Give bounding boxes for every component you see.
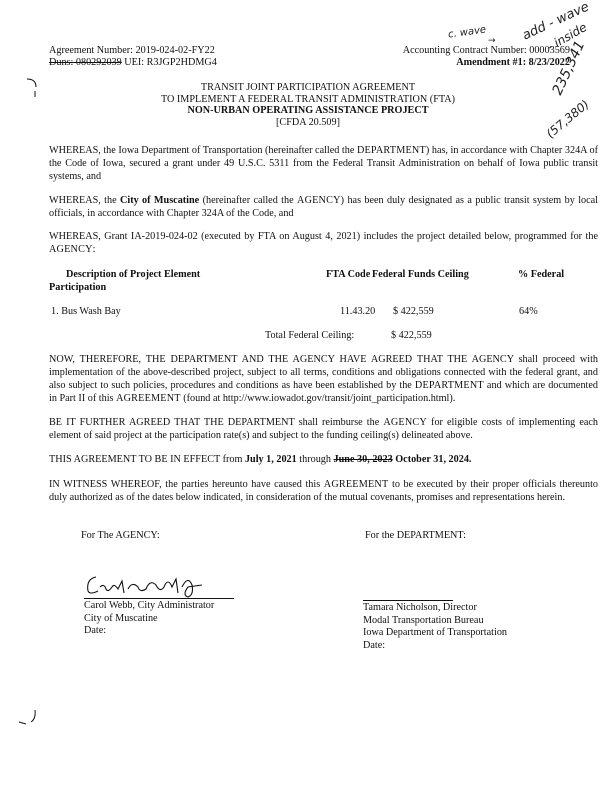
start-date: July 1, 2021 bbox=[245, 454, 297, 465]
col-header-ceiling: Federal Funds Ceiling bbox=[372, 268, 469, 281]
agency-signatory-name: Carol Webb, City Administrator bbox=[84, 600, 214, 613]
whereas-agency: WHEREAS, the City of Muscatine (hereinaf… bbox=[49, 194, 598, 220]
agency-term: AGENCY bbox=[383, 417, 427, 428]
agency-term: AGENCY bbox=[49, 244, 93, 255]
department-signatory-block: Tamara Nicholson, Director Modal Transpo… bbox=[363, 602, 507, 652]
duns-struck: Duns: 080292039 bbox=[49, 57, 122, 68]
department-term: DEPARTMENT bbox=[357, 145, 426, 156]
agreement-term: AGREEMENT bbox=[324, 479, 389, 490]
new-end-date: October 31, 2024. bbox=[393, 454, 472, 465]
department-date: Date: bbox=[363, 640, 507, 653]
uei: UEI: R3JGP2HDMG4 bbox=[122, 57, 217, 68]
for-agency-label: For The AGENCY: bbox=[81, 530, 160, 541]
agency-signature-line bbox=[84, 597, 234, 599]
text: , the parties hereunto have caused this bbox=[159, 479, 324, 490]
arrow-icon: → bbox=[488, 36, 496, 46]
agency-name: City of Muscatine bbox=[120, 195, 199, 206]
text: WHEREAS, Grant IA-2019-024-02 (executed … bbox=[49, 231, 598, 242]
header-left: Agreement Number: 2019-024-02-FY22 Duns:… bbox=[49, 45, 217, 69]
department-org: Iowa Department of Transportation bbox=[363, 627, 507, 640]
text: IN WITNESS WHEREOF bbox=[49, 479, 159, 490]
now-therefore-paragraph: NOW, THEREFORE, THE DEPARTMENT AND THE A… bbox=[49, 353, 598, 405]
text: (hereinafter called the bbox=[199, 195, 297, 206]
cell-description: 1. Bus Wash Bay bbox=[51, 306, 121, 317]
text: BE IT FURTHER AGREED THAT THE DEPARTMENT bbox=[49, 417, 295, 428]
col-header-fta-code: FTA Code bbox=[326, 268, 370, 281]
further-agreed-paragraph: BE IT FURTHER AGREED THAT THE DEPARTMENT… bbox=[49, 416, 598, 442]
handwritten-note-1: c. wave bbox=[447, 24, 486, 40]
agreement-number: Agreement Number: 2019-024-02-FY22 bbox=[49, 45, 217, 57]
whereas-grant: WHEREAS, Grant IA-2019-024-02 (executed … bbox=[49, 230, 598, 256]
text: WHEREAS, the bbox=[49, 195, 120, 206]
agency-term: AGENCY bbox=[297, 195, 341, 206]
cell-fta-code: 11.43.20 bbox=[340, 306, 375, 317]
struck-end-date: June 30, 2023 bbox=[334, 454, 393, 465]
amendment: Amendment #1: 8/23/2022 bbox=[403, 57, 570, 69]
cell-percent: 64% bbox=[519, 306, 538, 317]
text: : bbox=[93, 244, 96, 255]
title-line-3: NON-URBAN OPERATING ASSISTANCE PROJECT bbox=[0, 105, 616, 117]
witness-paragraph: IN WITNESS WHEREOF, the parties hereunto… bbox=[49, 478, 598, 504]
text: (found at http://www.iowadot.gov/transit… bbox=[181, 393, 456, 404]
document-title: TRANSIT JOINT PARTICIPATION AGREEMENT TO… bbox=[0, 82, 616, 128]
header-right: Accounting Contract Number: 00003569 Ame… bbox=[403, 45, 570, 69]
text: NOW, THEREFORE, THE DEPARTMENT AND THE A… bbox=[49, 354, 514, 365]
text: through bbox=[297, 454, 334, 465]
total-label: Total Federal Ceiling: bbox=[265, 330, 354, 341]
duns-uei: Duns: 080292039 UEI: R3JGP2HDMG4 bbox=[49, 57, 217, 69]
col-header-participation: Participation bbox=[49, 281, 106, 294]
cell-ceiling: $ 422,559 bbox=[393, 306, 434, 317]
text: THIS AGREEMENT TO BE IN EFFECT bbox=[49, 454, 220, 465]
agency-date: Date: bbox=[84, 625, 214, 638]
text: shall reimburse the bbox=[295, 417, 384, 428]
accounting-contract-number: Accounting Contract Number: 00003569 bbox=[403, 45, 570, 57]
for-department-label: For the DEPARTMENT: bbox=[365, 530, 466, 541]
title-line-4: [CFDA 20.509] bbox=[0, 117, 616, 129]
department-bureau: Modal Transportation Bureau bbox=[363, 615, 507, 628]
col-header-description: Description of Project Element bbox=[66, 268, 200, 281]
whereas-department: WHEREAS, the Iowa Department of Transpor… bbox=[49, 144, 598, 183]
department-signature-line bbox=[363, 599, 453, 601]
agreement-term: AGREEMENT bbox=[116, 393, 181, 404]
agency-org: City of Muscatine bbox=[84, 613, 214, 626]
agency-signatory-block: Carol Webb, City Administrator City of M… bbox=[84, 600, 214, 638]
total-value: $ 422,559 bbox=[391, 330, 432, 341]
effective-dates-paragraph: THIS AGREEMENT TO BE IN EFFECT from July… bbox=[49, 453, 598, 466]
text: WHEREAS, the Iowa Department of Transpor… bbox=[49, 145, 357, 156]
department-signatory-name: Tamara Nicholson, Director bbox=[363, 602, 507, 615]
punch-hole-mark-bottom bbox=[14, 705, 44, 735]
col-header-percent: % Federal bbox=[518, 268, 564, 281]
title-line-2: TO IMPLEMENT A FEDERAL TRANSIT ADMINISTR… bbox=[0, 94, 616, 106]
department-term: DEPARTMENT bbox=[415, 380, 484, 391]
text: from bbox=[220, 454, 245, 465]
title-line-1: TRANSIT JOINT PARTICIPATION AGREEMENT bbox=[0, 82, 616, 94]
